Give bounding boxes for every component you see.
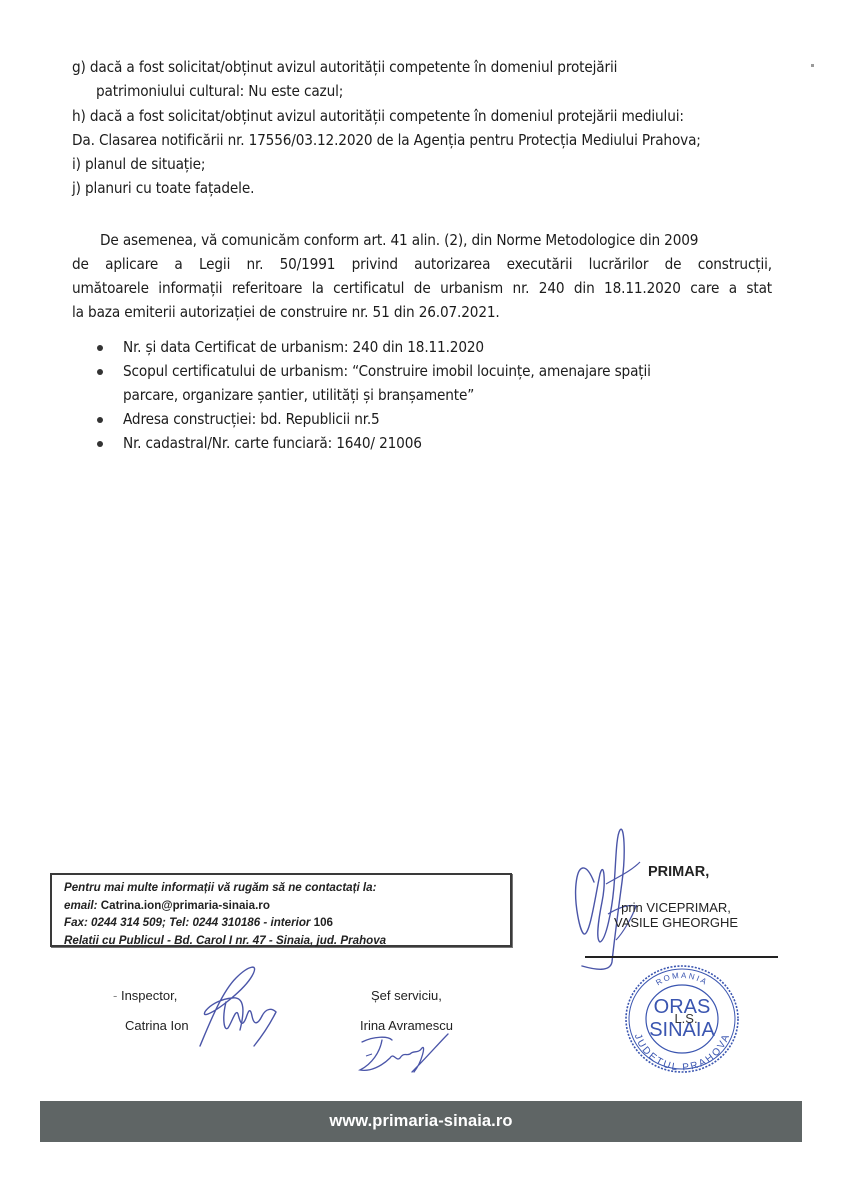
paragraph-line-4: la baza emiterii autorizației de constru… [72, 300, 500, 324]
phone-extension: 106 [314, 916, 333, 929]
bullet-item: Scopul certificatului de urbanism: “Cons… [95, 359, 785, 383]
inspector-signature-icon [192, 962, 282, 1052]
footer-bar: www.primaria-sinaia.ro [40, 1101, 802, 1142]
deputy-name: VASILE GHEORGHE [614, 915, 738, 930]
head-of-service-title: Șef serviciu, [371, 988, 442, 1003]
list-item-g-line2: patrimoniului cultural: Nu este cazul; [96, 79, 343, 103]
scan-speck [811, 64, 814, 67]
dash-mark: - [113, 988, 121, 1003]
official-stamp-icon: ROMANIA JUDETUL PRAHOVA ORAS SINAIA L.S. [623, 963, 741, 1075]
inspector-title-block: - Inspector, [113, 988, 177, 1003]
inspector-name: Catrina Ion [125, 1018, 189, 1033]
bullet-item: Nr. cadastral/Nr. carte funciară: 1640/ … [95, 431, 785, 455]
bullet-text: Nr. cadastral/Nr. carte funciară: 1640/ … [123, 434, 422, 452]
phone-fax-text: Fax: 0244 314 509; Tel: 0244 310186 - in… [64, 916, 310, 929]
email-label: email: [64, 899, 98, 912]
bullet-text: Scopul certificatului de urbanism: “Cons… [123, 362, 651, 380]
bullet-list: Nr. și data Certificat de urbanism: 240 … [95, 335, 785, 455]
list-item-h-line2: Da. Clasarea notificării nr. 17556/03.12… [72, 128, 701, 152]
mayor-deputy-block: prin VICEPRIMAR, VASILE GHEORGHE [614, 900, 738, 930]
mayor-title: PRIMAR, [648, 864, 709, 880]
paragraph-line-3-text: umătoarele informații referitoare la cer… [72, 279, 772, 297]
list-item-h-line1: h) dacă a fost solicitat/obținut avizul … [72, 104, 684, 128]
list-item-j: j) planuri cu toate fațadele. [72, 176, 254, 200]
website-link[interactable]: www.primaria-sinaia.ro [329, 1112, 512, 1131]
stamp-ls-overlay: L.S. [674, 1011, 697, 1026]
paragraph-line-3: umătoarele informații referitoare la cer… [72, 276, 772, 300]
mayor-signature-icon [556, 822, 646, 972]
paragraph-line-2: de aplicare a Legii nr. 50/1991 privind … [72, 252, 772, 276]
list-item-g-line1: g) dacă a fost solicitat/obținut avizul … [72, 55, 617, 79]
deputy-title: prin VICEPRIMAR, [614, 900, 738, 915]
public-relations-address: Relatii cu Publicul - Bd. Carol I nr. 47… [64, 934, 386, 947]
document-page: g) dacă a fost solicitat/obținut avizul … [0, 0, 845, 1194]
bullet-text: parcare, organizare șantier, utilități ș… [123, 386, 474, 404]
bullet-item: Adresa construcției: bd. Republicii nr.5 [95, 407, 785, 431]
paragraph-line-1: De asemenea, vă comunicăm conform art. 4… [100, 228, 698, 252]
head-of-service-signature-icon [352, 1028, 452, 1078]
bullet-item: Nr. și data Certificat de urbanism: 240 … [95, 335, 785, 359]
bullet-text: Adresa construcției: bd. Republicii nr.5 [123, 410, 380, 428]
contact-heading: Pentru mai multe informații vă rugăm să … [64, 881, 376, 894]
inspector-title: Inspector, [121, 988, 177, 1003]
signature-line [585, 956, 778, 958]
contact-info-box: Pentru mai multe informații vă rugăm să … [50, 873, 512, 947]
email-link[interactable]: Catrina.ion@primaria-sinaia.ro [101, 899, 270, 912]
bullet-item-continuation: parcare, organizare șantier, utilități ș… [95, 383, 785, 407]
bullet-text: Nr. și data Certificat de urbanism: 240 … [123, 338, 484, 356]
list-item-i: i) planul de situație; [72, 152, 205, 176]
paragraph-line-2-text: de aplicare a Legii nr. 50/1991 privind … [72, 255, 772, 273]
